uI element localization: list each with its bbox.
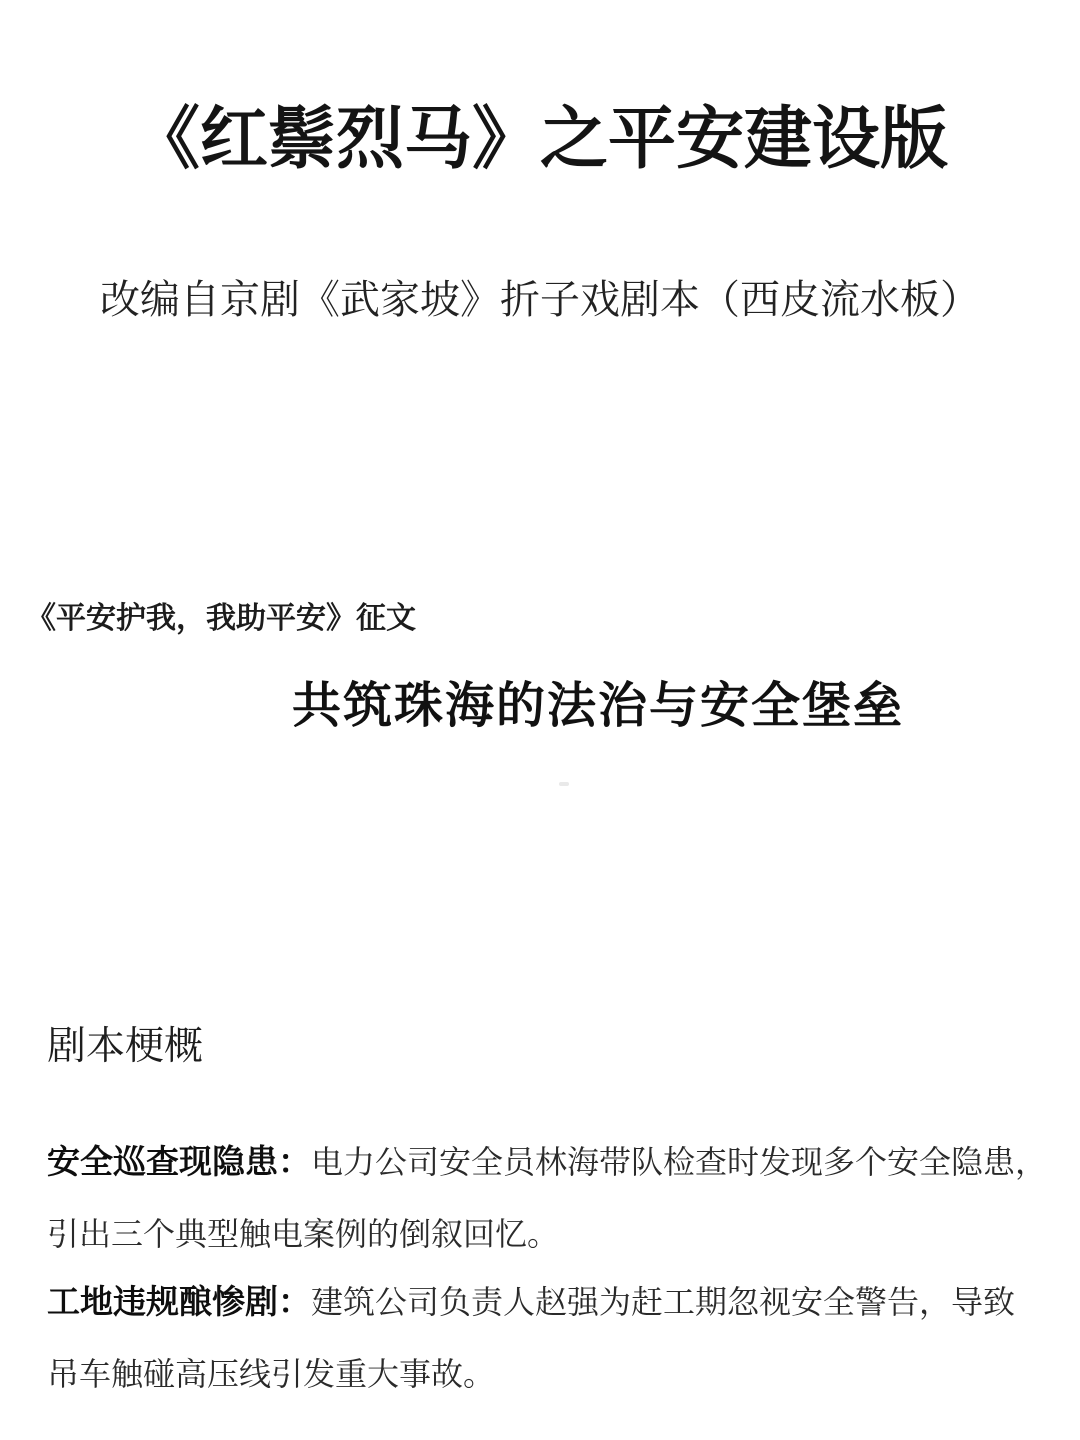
document-title: 《红鬃烈马》之平安建设版 xyxy=(0,84,1080,194)
document-subtitle: 改编自京剧《武家坡》折子戏剧本（西皮流水板） xyxy=(0,268,1080,332)
paragraph-text: 吊车触碰高压线引发重大事故。 xyxy=(47,1338,1047,1410)
document-page: 《红鬃烈马》之平安建设版 改编自京剧《武家坡》折子戏剧本（西皮流水板） 《平安护… xyxy=(0,0,1080,1440)
paragraph-text: 电力公司安全员林海带队检查时发现多个安全隐患， xyxy=(311,1144,1047,1180)
synopsis-paragraph: 工地违规酿惨剧：建筑公司负责人赵强为赶工期忽视安全警告，导致吊车触碰高压线引发重… xyxy=(47,1266,1047,1410)
synopsis-section-title: 剧本梗概 xyxy=(47,1018,203,1076)
paragraph-lead-label: 工地违规酿惨剧： xyxy=(47,1283,311,1320)
paragraph-lead-label: 安全巡查现隐患： xyxy=(47,1143,311,1180)
synopsis-paragraph: 安全巡查现隐患：电力公司安全员林海带队检查时发现多个安全隐患，引出三个典型触电案… xyxy=(47,1126,1047,1270)
faint-smudge-mark xyxy=(559,782,569,786)
essay-heading: 共筑珠海的法治与安全堡垒 xyxy=(292,672,904,740)
paragraph-text: 引出三个典型触电案例的倒叙回忆。 xyxy=(47,1198,1047,1270)
essay-call-line: 《平安护我，我助平安》征文 xyxy=(26,596,416,642)
paragraph-text: 建筑公司负责人赵强为赶工期忽视安全警告，导致 xyxy=(311,1284,1015,1320)
